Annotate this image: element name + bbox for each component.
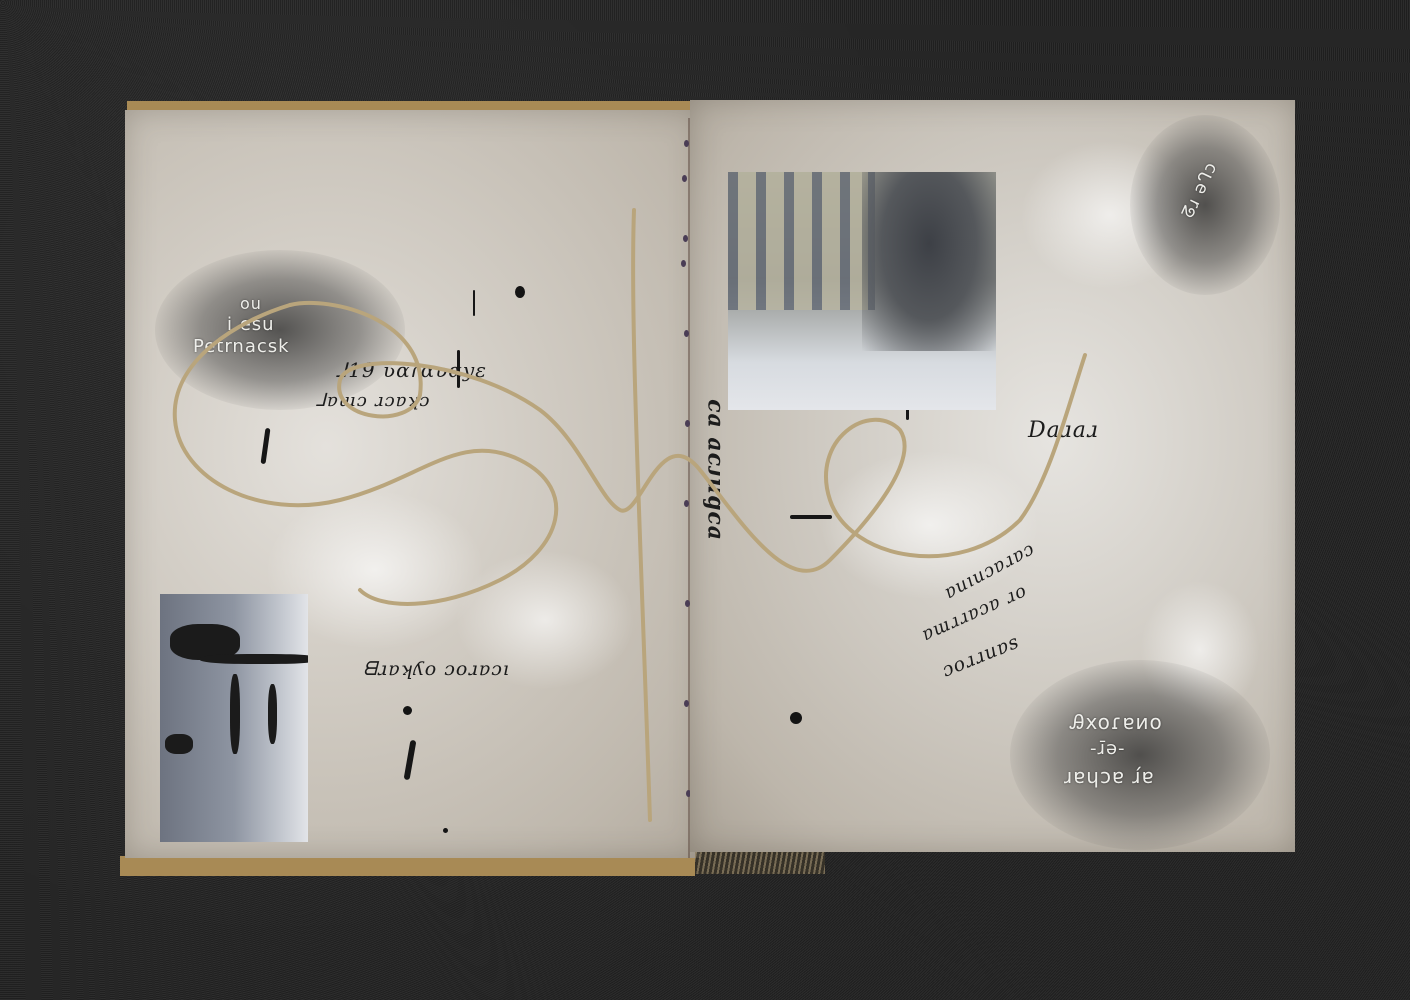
twine-string xyxy=(0,0,1410,1000)
artwork-scene: ou i esu Petrnacsk ᒧ19 ʋɑɾɑʋɑyɛ ᒧɐɯɔ ɹɔɐ… xyxy=(0,0,1410,1000)
